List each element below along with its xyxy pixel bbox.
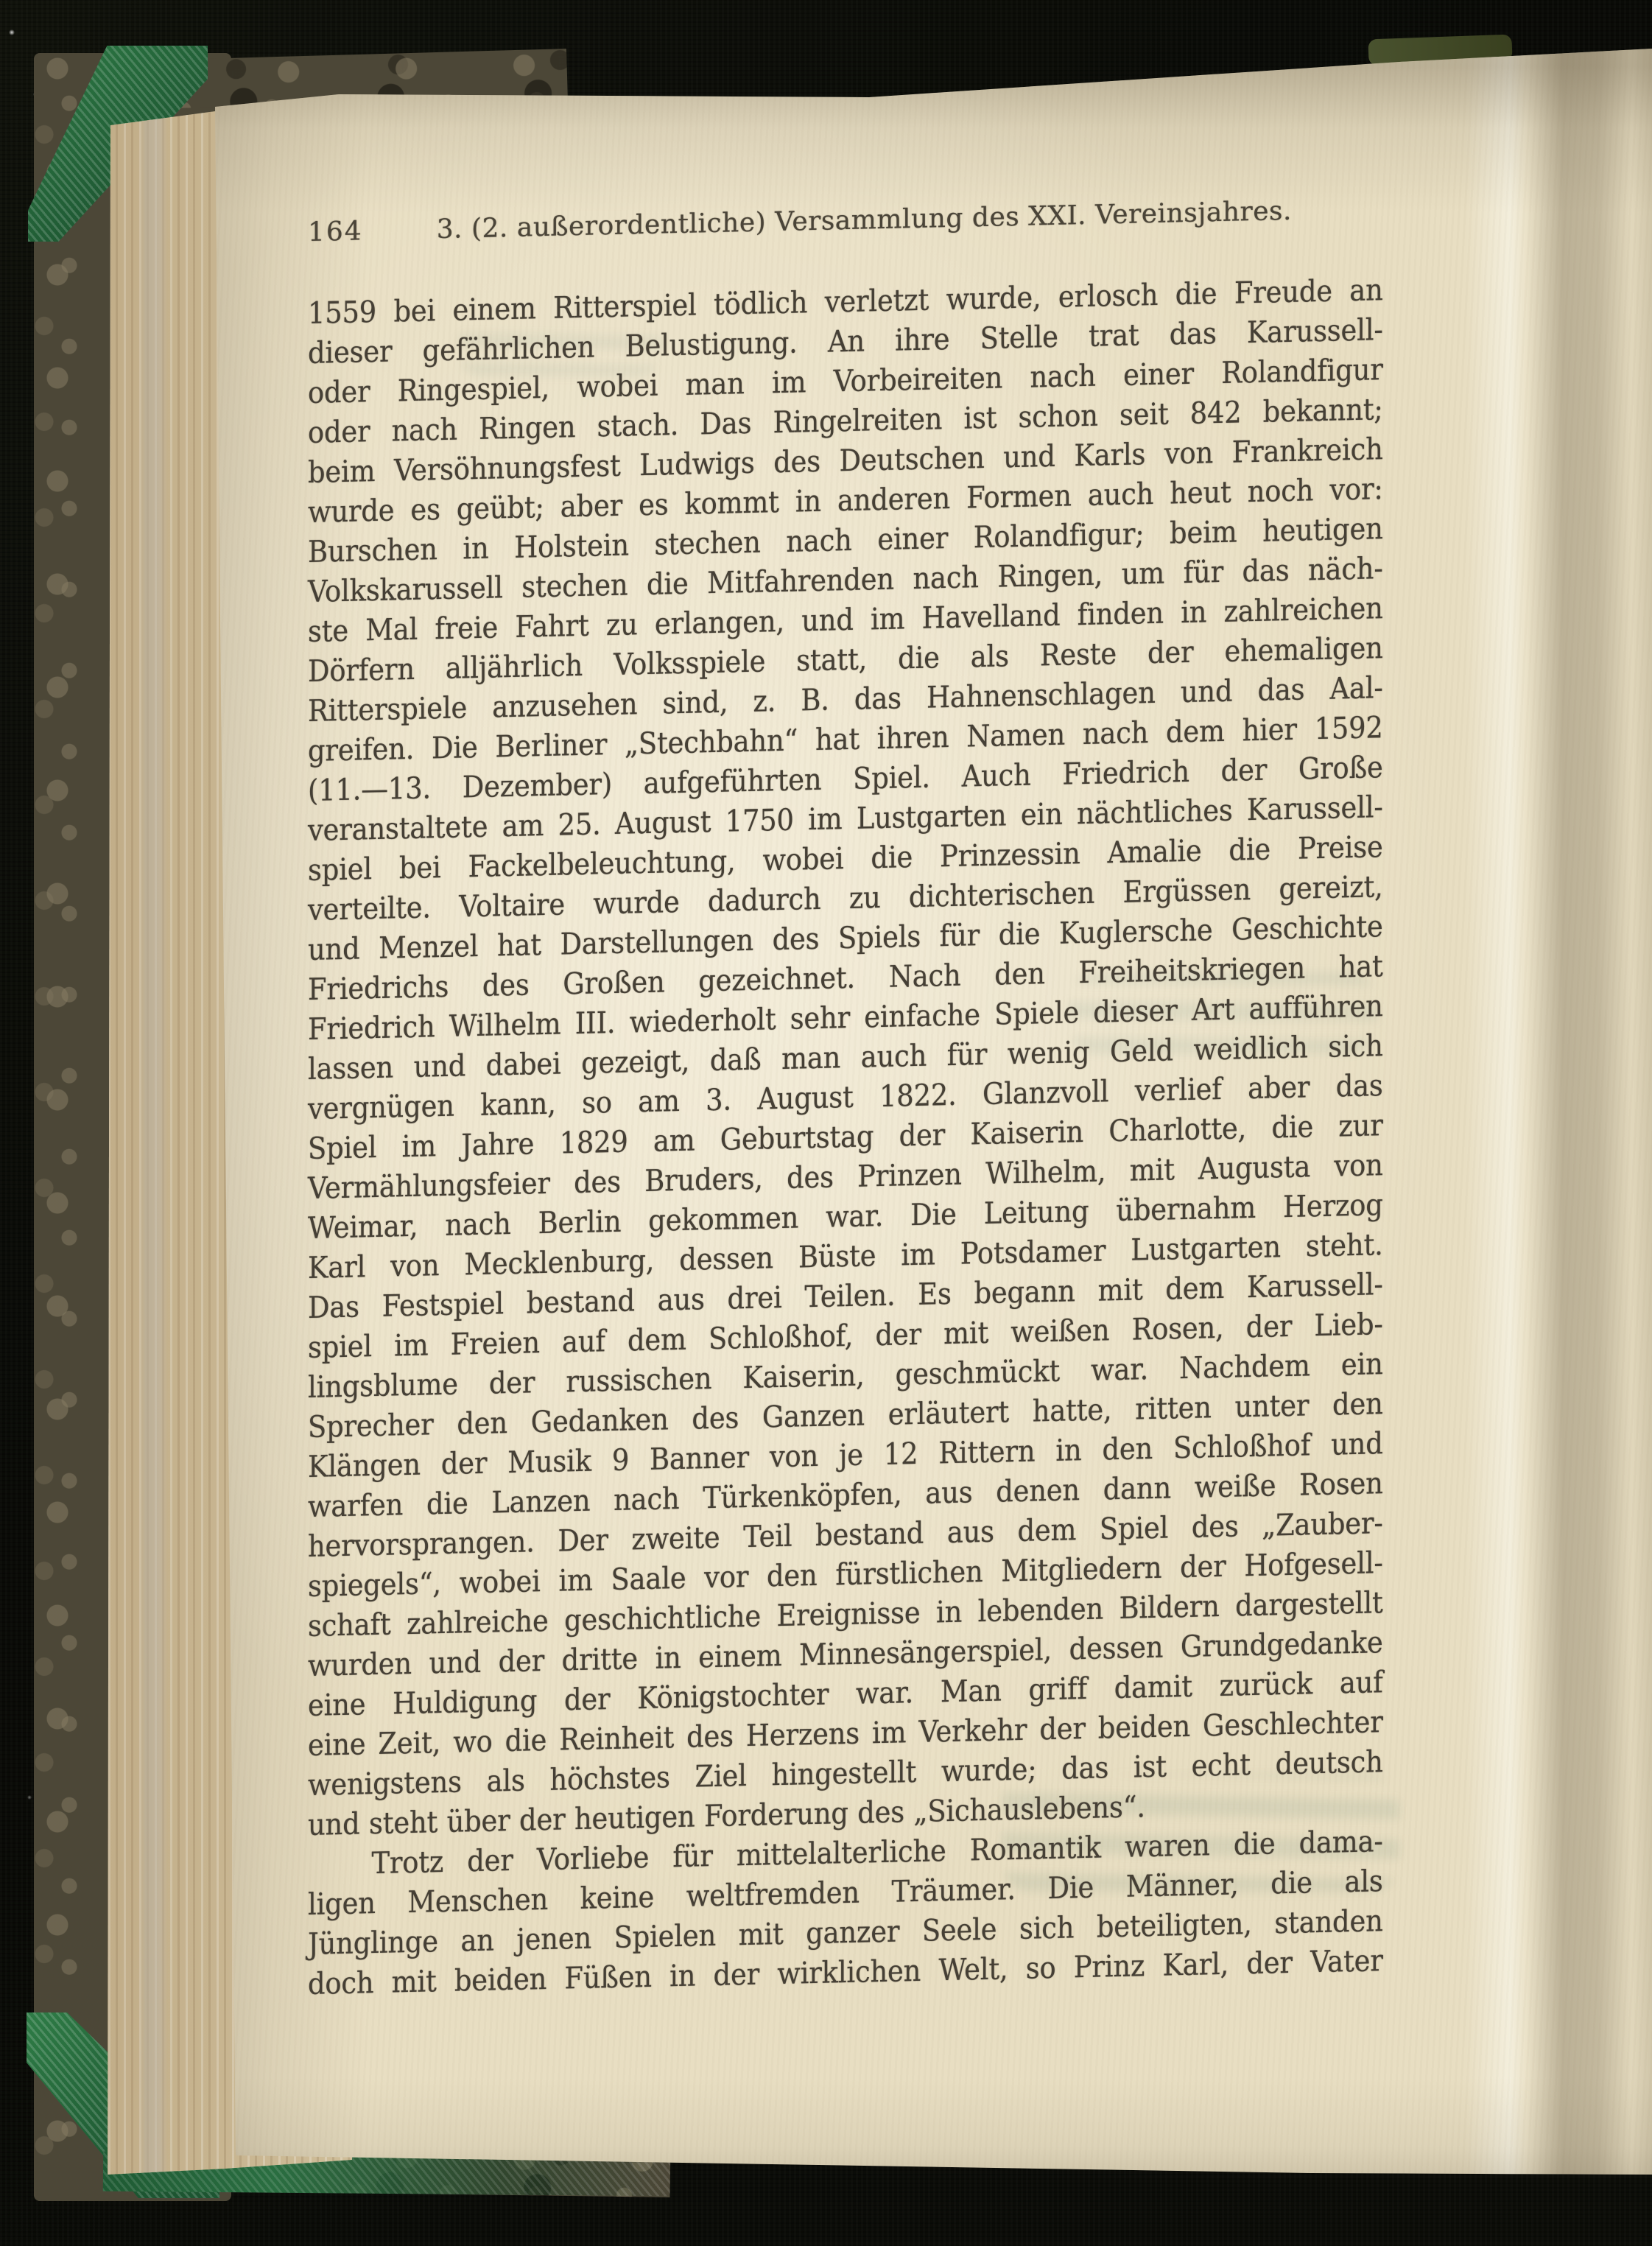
page-text-block: 164 3. (2. außerordentliche) Versammlung… — [308, 192, 1383, 2004]
running-header-title: 3. (2. außerordentliche) Versammlung des… — [363, 192, 1383, 249]
book-page: 164 3. (2. außerordentliche) Versammlung… — [0, 0, 1652, 2246]
scanned-book-page-photo: 164 3. (2. außerordentliche) Versammlung… — [0, 0, 1652, 2246]
paragraph: 1559 bei einem Ritterspiel tödlich verle… — [308, 270, 1383, 1845]
body-text: 1559 bei einem Ritterspiel tödlich verle… — [308, 270, 1383, 2004]
paragraph: Trotz der Vorliebe für mittelalterliche … — [308, 1821, 1383, 2004]
running-header: 164 3. (2. außerordentliche) Versammlung… — [308, 192, 1383, 250]
page-number: 164 — [308, 214, 363, 250]
